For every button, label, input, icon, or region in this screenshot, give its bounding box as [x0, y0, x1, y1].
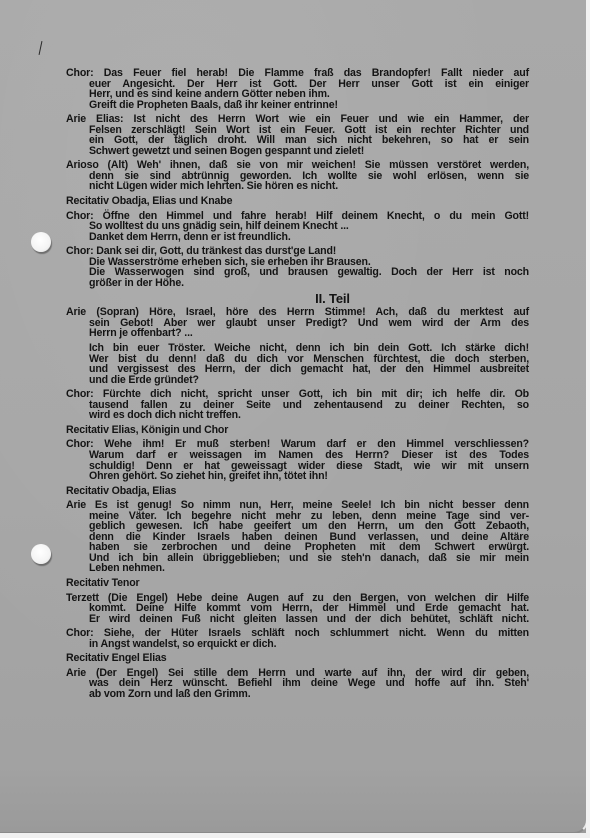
text-line: II. Teil — [136, 292, 529, 305]
section-heading: Recitativ Tenor — [66, 578, 529, 589]
text-line: Er wird deinen Fuß nicht gleiten lassen … — [66, 614, 529, 625]
libretto-text: Chor: Das Feuer fiel herab! Die Flamme f… — [66, 68, 529, 703]
scanned-page: Chor: Das Feuer fiel herab! Die Flamme f… — [0, 0, 588, 834]
text-entry: Chor: Dank sei dir, Gott, du tränkest da… — [66, 246, 529, 288]
punch-hole-top — [31, 232, 51, 252]
text-line: Herrn je offenbart? ... — [66, 328, 529, 339]
punch-hole-bottom — [31, 544, 51, 564]
text-entry: Chor: Fürchte dich nicht, spricht unser … — [66, 389, 529, 421]
text-entry: Chor: Das Feuer fiel herab! Die Flamme f… — [66, 68, 529, 110]
text-entry: Arioso (Alt) Weh' ihnen, daß sie von mir… — [66, 160, 529, 192]
text-entry: Chor: Siehe, der Hüter Israels schläft n… — [66, 628, 529, 649]
pencil-mark — [39, 41, 43, 55]
text-entry: Terzett (Die Engel) Hebe deine Augen auf… — [66, 593, 529, 625]
text-entry: Chor: Wehe ihm! Er muß sterben! Warum da… — [66, 439, 529, 481]
text-line: Danket dem Herrn, denn er ist freundlich… — [66, 232, 529, 243]
text-line: nicht Lügen wider mich lehrten. Sie höre… — [66, 181, 529, 192]
text-line: Ohren gehört. So ziehet hin, greifet ihn… — [66, 471, 529, 482]
text-entry: Ich bin euer Tröster. Weiche nicht, denn… — [66, 343, 529, 385]
text-entry: Arie Es ist genug! So nimm nun, Herr, me… — [66, 500, 529, 574]
part-title: II. Teil — [66, 292, 529, 305]
text-line: Recitativ Obadja, Elias — [66, 486, 529, 497]
page-edge-right — [586, 0, 590, 838]
text-line: wird es doch dich nicht treffen. — [66, 410, 529, 421]
section-heading: Recitativ Engel Elias — [66, 653, 529, 664]
text-line: und die Erde gründet? — [66, 375, 529, 386]
section-heading: Recitativ Obadja, Elias und Knabe — [66, 196, 529, 207]
text-entry: Chor: Öffne den Himmel und fahre herab! … — [66, 211, 529, 243]
text-entry: Arie Elias: Ist nicht des Herrn Wort wie… — [66, 114, 529, 156]
text-line: Greift die Propheten Baals, daß ihr kein… — [66, 100, 529, 111]
text-line: größer in der Höhe. — [66, 278, 529, 289]
text-line: Recitativ Tenor — [66, 578, 529, 589]
page-edge-bottom — [0, 833, 590, 838]
text-line: Schwert gewetzt und seinen Bogen gespann… — [66, 146, 529, 157]
text-line: in Angst wandelst, so erquickt er dich. — [66, 639, 529, 650]
text-line: Recitativ Obadja, Elias und Knabe — [66, 196, 529, 207]
text-line: Warum darf er weissagen im Namen des Her… — [66, 450, 529, 461]
text-line: Recitativ Engel Elias — [66, 653, 529, 664]
section-heading: Recitativ Elias, Königin und Chor — [66, 425, 529, 436]
text-line: Recitativ Elias, Königin und Chor — [66, 425, 529, 436]
text-line: ab vom Zorn und laß den Grimm. — [66, 689, 529, 700]
text-line: Leben nehmen. — [66, 563, 529, 574]
text-entry: Arie (Sopran) Höre, Israel, höre des Her… — [66, 307, 529, 339]
text-line: Chor: Das Feuer fiel herab! Die Flamme f… — [66, 68, 529, 79]
text-line: Ich bin euer Tröster. Weiche nicht, denn… — [66, 343, 529, 354]
section-heading: Recitativ Obadja, Elias — [66, 486, 529, 497]
text-entry: Arie (Der Engel) Sei stille dem Herrn un… — [66, 668, 529, 700]
